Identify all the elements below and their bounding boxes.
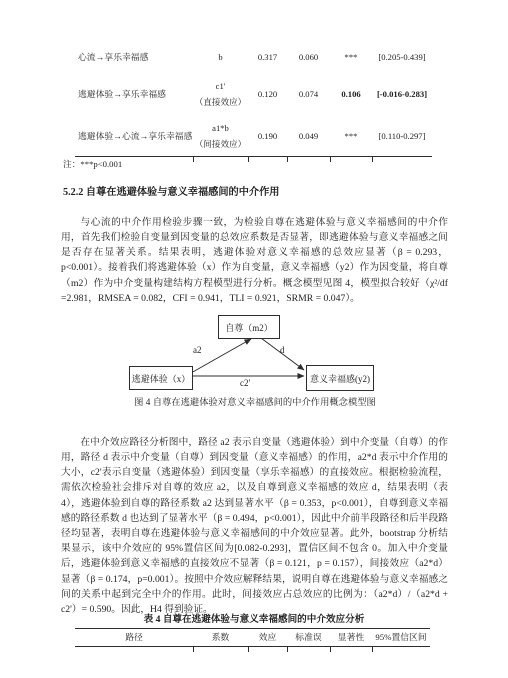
column-tick [193,157,194,162]
coef-symbol: a1*b [212,123,229,133]
header-coef: 系数 [193,632,248,643]
coef-note: （直接效应） [193,97,248,107]
figure-4: 自尊（m2） 逃避体验（x） 意义幸福感(y2) a2 d c2' 图 4 自尊… [63,312,447,408]
table-4-title: 表 4 自尊在逃避体验与意义幸福感间的中介效应分析 [0,611,508,625]
column-tick [372,157,373,162]
paper-page: 心流→享乐幸福感 b 0.317 0.060 *** [0.205-0.439]… [0,0,508,678]
paragraph: 与心流的中介作用检验步骤一致，为检验自尊在逃避体验与意义幸福感间的中介作用，首先… [61,215,448,306]
ci-cell: [0.110-0.297] [372,131,432,141]
header-ci: 95%置信区间 [372,632,430,643]
coef-cell: c1' （直接效应） [193,81,248,108]
column-tick [287,647,288,652]
effect-cell: 0.317 [248,52,287,62]
column-tick [193,647,194,652]
path-label-d: d [280,345,285,355]
figure-caption: 图 4 自尊在逃避体验对意义幸福感间的中介作用概念模型图 [63,394,447,408]
paragraph: 在中介效应路径分析图中，路径 a2 表示自变量（逃避体验）到中介变量（自尊）的作… [61,435,448,617]
coef-cell: b [193,52,248,62]
ci-cell: [0.205-0.439] [372,52,432,62]
effect-cell: 0.190 [248,131,287,141]
column-tick [330,157,331,162]
outcome-node: 意义幸福感(y2) [306,365,374,391]
se-cell: 0.049 [287,131,330,141]
path-cell: 心流→享乐幸福感 [75,52,193,63]
header-path: 路径 [75,632,193,643]
path-label-c2: c2' [240,378,250,388]
coef-note: （间接效应） [193,139,248,149]
predictor-node: 逃避体验（x） [129,366,193,390]
column-tick [287,157,288,162]
header-effect: 效应 [248,632,287,643]
table-row: 逃避体验→享乐幸福感 c1' （直接效应） 0.120 0.074 0.106 … [75,72,432,116]
table-4-header-row: 路径 系数 效应 标准误 显著性 95%置信区间 [75,628,430,647]
sig-cell: *** [330,131,372,141]
coef-symbol: c1' [216,81,226,91]
mediator-node: 自尊（m2） [218,315,280,339]
effect-cell: 0.120 [248,89,287,99]
table-4: 路径 系数 效应 标准误 显著性 95%置信区间 [75,628,430,647]
sig-cell: *** [330,52,372,62]
column-tick [372,647,373,652]
path-cell: 逃避体验→享乐幸福感 [75,89,193,100]
section-heading: 5.2.2 自尊在逃避体验与意义幸福感间的中介作用 [63,183,279,198]
path-cell: 逃避体验→心流→享乐幸福感 [75,131,193,142]
table-3-body: 心流→享乐幸福感 b 0.317 0.060 *** [0.205-0.439]… [75,42,432,157]
ci-cell: [-0.016-0.283] [372,89,432,99]
header-sig: 显著性 [330,632,372,643]
path-label-a2: a2 [193,345,202,355]
table-row: 逃避体验→心流→享乐幸福感 a1*b （间接效应） 0.190 0.049 **… [75,116,432,156]
column-tick [248,647,249,652]
header-se: 标准误 [287,632,330,643]
column-tick [330,647,331,652]
coef-cell: a1*b （间接效应） [193,123,248,150]
table-row: 心流→享乐幸福感 b 0.317 0.060 *** [0.205-0.439] [75,42,432,72]
sig-cell: 0.106 [330,89,372,99]
table-note: 注：***p<0.001 [63,158,122,170]
se-cell: 0.074 [287,89,330,99]
se-cell: 0.060 [287,52,330,62]
column-tick [248,157,249,162]
